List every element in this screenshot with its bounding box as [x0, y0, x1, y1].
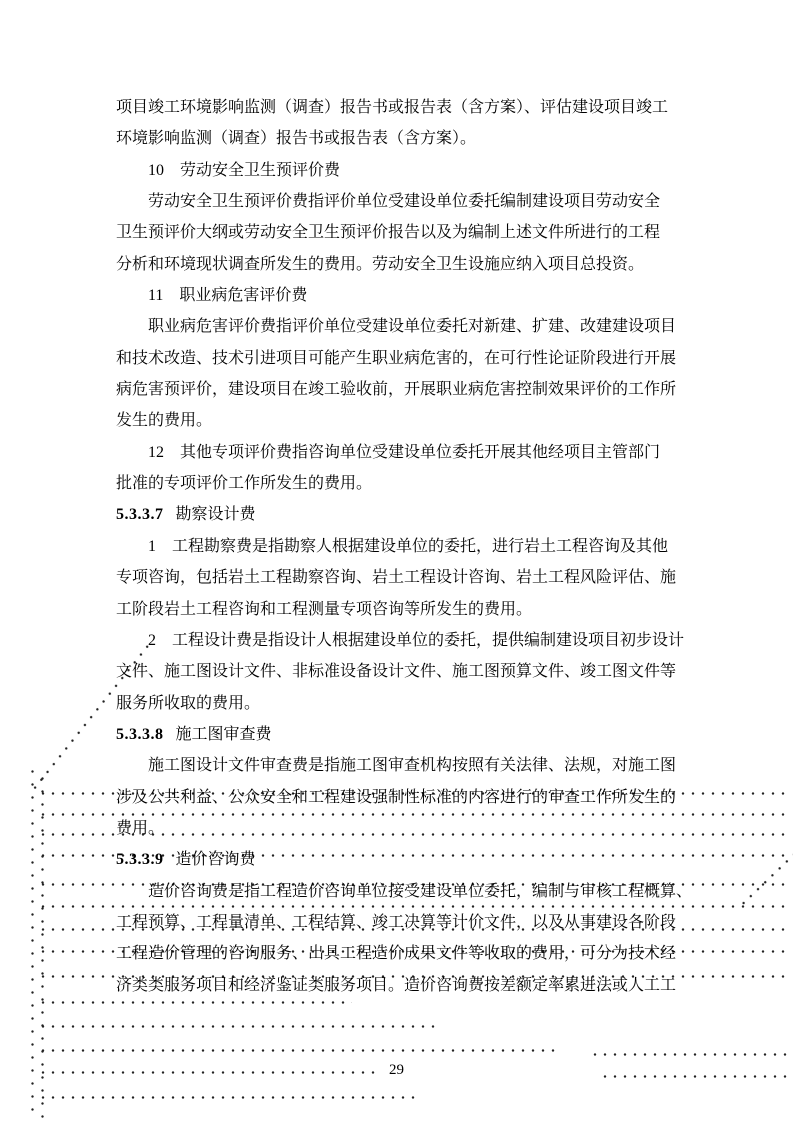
- body-text-block: 项目竣工环境影响监测（调查）报告书或报告表（含方案）、评估建设项目竣工环境影响监…: [116, 92, 688, 1001]
- dotted-line-horizontal: [590, 1053, 790, 1056]
- text-line: 专项咨询，包括岩土工程勘察咨询、岩土工程设计咨询、岩土工程风险评估、施: [116, 562, 688, 593]
- section-number: 5.3.3.8: [116, 726, 164, 743]
- section-heading: 5.3.3.7勘察设计费: [116, 499, 688, 530]
- section-title: 勘察设计费: [176, 506, 256, 523]
- dotted-line-horizontal: [38, 1001, 352, 1004]
- text-line: 和技术改造、技术引进项目可能产生职业病危害的，在可行性论证阶段进行开展: [116, 343, 688, 374]
- text-line: 涉及公共利益、公众安全和工程建设强制性标准的内容进行的审查工作所发生的: [116, 782, 688, 813]
- text-line: 服务所收取的费用。: [116, 688, 688, 719]
- text-line: 文件、施工图设计文件、非标准设备设计文件、施工图预算文件、竣工图文件等: [116, 656, 688, 687]
- text-line: 卫生预评价大纲或劳动安全卫生预评价报告以及为编制上述文件所进行的工程: [116, 217, 688, 248]
- text-line: 病危害预评价，建设项目在竣工验收前，开展职业病危害控制效果评价的工作所: [116, 374, 688, 405]
- text-line: 职业病危害评价费指评价单位受建设单位委托对新建、扩建、改建建设项目: [116, 311, 688, 342]
- text-line: 环境影响监测（调查）报告书或报告表（含方案）。: [116, 123, 688, 154]
- text-line: 工程造价管理的咨询服务、出具工程造价成果文件等收取的费用，可分为技术经: [116, 938, 688, 969]
- text-line: 济类类服务项目和经济鉴证类服务项目。造价咨询费按差额定率累进法或人工工: [116, 970, 688, 1001]
- text-line: 11 职业病危害评价费: [116, 280, 688, 311]
- section-heading: 5.3.3.9造价咨询费: [116, 844, 688, 875]
- dotted-line-horizontal: [38, 1096, 420, 1099]
- text-line: 2 工程设计费是指设计人根据建设单位的委托，提供编制建设项目初步设计: [116, 625, 688, 656]
- section-heading: 5.3.3.8施工图审查费: [116, 719, 688, 750]
- text-line: 12 其他专项评价费指咨询单位受建设单位委托开展其他经项目主管部门: [116, 437, 688, 468]
- section-title: 施工图审查费: [176, 726, 272, 743]
- text-line: 10 劳动安全卫生预评价费: [116, 155, 688, 186]
- page-number: 29: [0, 1062, 793, 1079]
- text-line: 费用。: [116, 813, 688, 844]
- section-number: 5.3.3.9: [116, 851, 164, 868]
- text-line: 项目竣工环境影响监测（调查）报告书或报告表（含方案）、评估建设项目竣工: [116, 92, 688, 123]
- text-line: 1 工程勘察费是指勘察人根据建设单位的委托，进行岩土工程咨询及其他: [116, 531, 688, 562]
- text-line: 发生的费用。: [116, 405, 688, 436]
- document-page: 项目竣工环境影响监测（调查）报告书或报告表（含方案）、评估建设项目竣工环境影响监…: [0, 0, 793, 1122]
- dotted-line-horizontal: [38, 1025, 437, 1028]
- dotted-line-diagonal: [739, 853, 793, 907]
- text-line: 劳动安全卫生预评价费指评价单位受建设单位委托编制建设项目劳动安全: [116, 186, 688, 217]
- text-line: 分析和环境现状调查所发生的费用。劳动安全卫生设施应纳入项目总投资。: [116, 249, 688, 280]
- text-line: 造价咨询费是指工程造价咨询单位接受建设单位委托，编制与审核工程概算、: [116, 876, 688, 907]
- text-line: 施工图设计文件审查费是指施工图审查机构按照有关法律、法规，对施工图: [116, 750, 688, 781]
- section-title: 造价咨询费: [176, 851, 256, 868]
- text-line: 工程预算、工程量清单、工程结算、竣工决算等计价文件，以及从事建设各阶段: [116, 907, 688, 938]
- section-number: 5.3.3.7: [116, 506, 164, 523]
- dotted-line-horizontal: [38, 1049, 560, 1052]
- text-line: 批准的专项评价工作所发生的费用。: [116, 468, 688, 499]
- text-line: 工阶段岩土工程咨询和工程测量专项咨询等所发生的费用。: [116, 594, 688, 625]
